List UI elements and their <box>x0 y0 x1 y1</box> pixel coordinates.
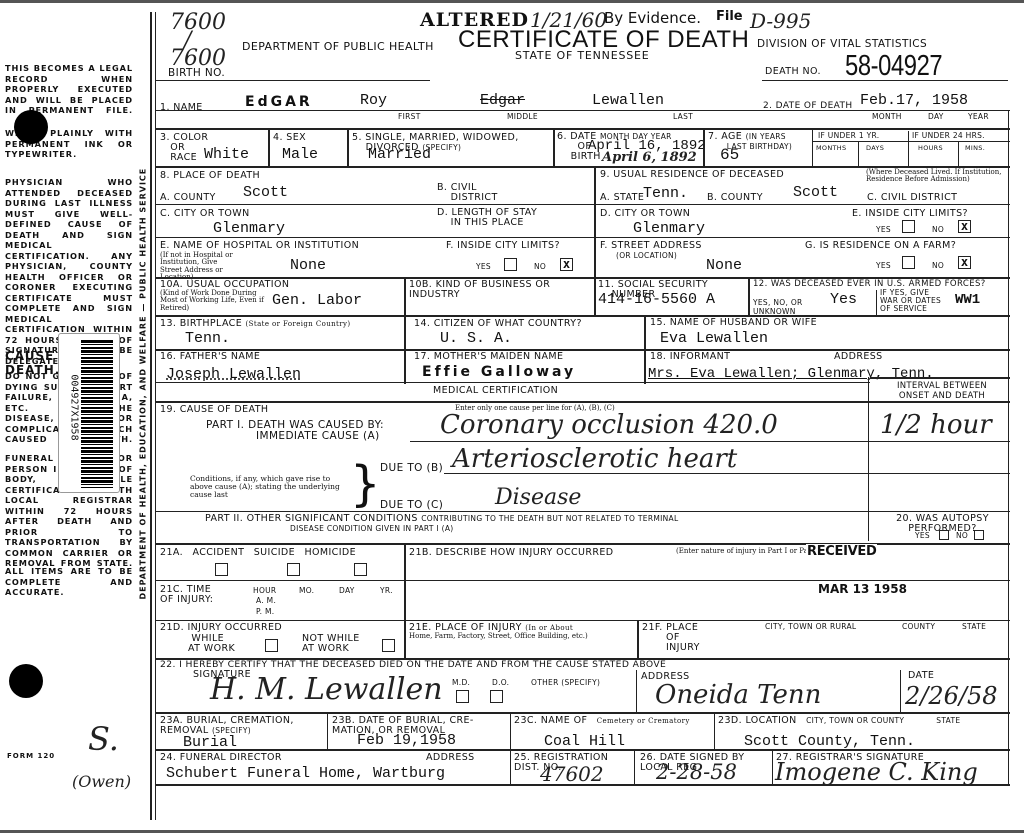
funeral-director-value: Schubert Funeral Home, Wartburg <box>166 765 445 782</box>
pm-caption: P. M. <box>256 608 274 616</box>
year-caption: YEAR <box>968 113 989 121</box>
item3-label: 3. COLOR OR RACE <box>160 133 208 163</box>
residence-inside-no-checkbox[interactable] <box>958 220 971 233</box>
col-divider <box>703 128 705 166</box>
item21a-label: 21A. ACCIDENT SUICIDE HOMICIDE <box>160 548 356 558</box>
col-divider <box>908 131 909 166</box>
marital-status: Married <box>368 146 431 163</box>
col-divider <box>637 620 639 658</box>
last-name: Lewallen <box>592 92 664 109</box>
day-caption: DAY <box>928 113 944 121</box>
item9f-label: F. STREET ADDRESS <box>600 241 702 251</box>
item9d-label: D. CITY OR TOWN <box>600 209 690 219</box>
row-divider <box>812 141 1010 142</box>
residence-street: None <box>706 257 742 274</box>
col-divider <box>404 349 406 384</box>
item23c-label: 23C. NAME OF Cemetery or Crematory <box>514 716 690 726</box>
item12-yn-label: YES, NO, ORUNKNOWN <box>753 298 803 316</box>
conditions-note: Conditions, if any, which gave rise to a… <box>190 475 340 499</box>
am-caption: A. M. <box>256 597 276 605</box>
col-divider <box>644 349 646 384</box>
row-divider <box>155 749 1010 751</box>
item21f-label: 21F. PLACE OF INJURY <box>642 623 700 653</box>
item21d-label: 21D. INJURY OCCURRED <box>160 623 282 633</box>
age-value: 65 <box>720 146 739 164</box>
item8c-label: C. CITY OR TOWN <box>160 209 250 219</box>
suicide-checkbox[interactable] <box>287 563 300 576</box>
death-no-line <box>762 80 1008 81</box>
farm-no-checkbox[interactable] <box>958 256 971 269</box>
place-inside-yes-checkbox[interactable] <box>504 258 517 271</box>
autopsy-no-checkbox[interactable] <box>974 530 984 540</box>
col-divider <box>812 128 813 166</box>
item1-label: 1. NAME <box>160 103 203 113</box>
yes-caption: YES <box>876 262 891 270</box>
row-divider <box>155 204 1010 205</box>
item9f-note: (OR LOCATION) <box>616 252 677 260</box>
col-divider <box>404 277 406 315</box>
item8d-label: D. LENGTH OF STAY IN THIS PLACE <box>437 208 537 228</box>
interval-value: 1/2 hour <box>880 410 992 440</box>
armed-forces-value: Yes <box>830 291 857 308</box>
col-divider <box>636 670 637 712</box>
item8a-label: A. COUNTY <box>160 193 216 203</box>
item8b-label: B. CIVIL DISTRICT <box>437 183 498 203</box>
do-caption: D.O. <box>492 679 509 687</box>
no-caption: NO <box>956 532 968 540</box>
while-at-work-label: WHILEAT WORK <box>188 634 235 654</box>
row-divider <box>155 511 1010 512</box>
sex-value: Male <box>282 146 318 163</box>
barcode-text: 004927X1958 <box>69 348 80 468</box>
col-divider <box>958 141 959 166</box>
col-divider <box>594 166 596 277</box>
item9b-label: B. COUNTY <box>707 193 763 203</box>
item9c-label: C. CIVIL DISTRICT <box>867 193 957 203</box>
residence-state: Tenn. <box>643 185 688 202</box>
medical-certification-heading: MEDICAL CERTIFICATION <box>433 386 558 396</box>
immediate-cause-value: Coronary occlusion 420.0 <box>440 410 778 440</box>
division-label: DIVISION OF VITAL STATISTICS <box>757 39 927 50</box>
barcode-icon <box>81 340 113 488</box>
punch-hole <box>14 110 48 144</box>
place-city: Glenmary <box>213 220 285 237</box>
days-caption: DAYS <box>866 145 884 152</box>
no-caption: NO <box>932 262 944 270</box>
mo-caption: MO. <box>299 587 314 595</box>
col-divider <box>268 128 270 166</box>
residence-inside-yes-checkbox[interactable] <box>902 220 915 233</box>
mother-maiden-name: Effie Galloway <box>422 364 576 380</box>
race-value: White <box>204 146 249 163</box>
registrar-signature: Imogene C. King <box>775 758 978 786</box>
col-divider <box>634 749 635 784</box>
legal-record-note: THIS BECOMES A LEGAL RECORD WHEN PROPERL… <box>5 63 133 116</box>
physician-address: Oneida Tenn <box>655 680 821 710</box>
item9e-label: E. INSIDE CITY LIMITS? <box>852 209 968 219</box>
item24-label: 24. FUNERAL DIRECTOR <box>160 753 282 763</box>
row-divider <box>870 377 1010 379</box>
barcode-label: 004927X1958 <box>58 333 120 493</box>
cemetery-location: Scott County, Tenn. <box>744 733 915 750</box>
county-caption: COUNTY <box>902 623 935 631</box>
social-security-number: 414-16-5560 A <box>598 291 715 308</box>
md-checkbox[interactable] <box>456 690 469 703</box>
row-divider <box>155 712 1010 714</box>
item9-label: 9. USUAL RESIDENCE OF DECEASED <box>600 170 784 180</box>
col-divider <box>327 712 328 749</box>
hours-caption: HOURS <box>918 145 943 152</box>
row-divider <box>155 580 404 581</box>
due-to-c-label: DUE TO (C) <box>380 500 443 511</box>
col-divider <box>772 749 773 784</box>
col-divider <box>347 128 349 166</box>
item10b-label: 10B. KIND OF BUSINESS ORINDUSTRY <box>409 280 550 300</box>
date-of-birth-correction: April 6, 1892 <box>602 150 697 165</box>
item23d-label: 23D. LOCATION CITY, TOWN OR COUNTYSTATE <box>718 716 960 726</box>
other-specify-caption: OTHER (SPECIFY) <box>531 679 600 687</box>
not-while-at-work-checkbox[interactable] <box>382 639 395 652</box>
row-divider <box>155 315 1010 317</box>
item21c-label: 21C. TIMEOF INJURY: <box>160 585 213 605</box>
file-number: D-995 <box>750 9 811 33</box>
col-divider <box>714 712 715 749</box>
birth-no-label: BIRTH NO. <box>168 68 225 79</box>
item18-address-label: ADDRESS <box>834 352 883 362</box>
row-divider <box>155 382 870 383</box>
death-number: 58-04927 <box>845 50 942 83</box>
informant-value: Mrs. Eva Lewallen; Glenmary, Tenn. <box>648 366 934 382</box>
farm-yes-checkbox[interactable] <box>902 256 915 269</box>
item12-label: 12. WAS DECEASED EVER IN U.S. ARMED FORC… <box>753 280 986 289</box>
middle-name-struck: Edgar <box>480 92 525 109</box>
date-of-death: Feb.17, 1958 <box>860 92 968 109</box>
complete-note: ALL ITEMS ARE TO BE COMPLETE AND ACCURAT… <box>5 566 133 598</box>
punch-hole <box>9 664 43 698</box>
col-divider <box>594 277 596 315</box>
bracket: } <box>350 464 381 504</box>
page-top-edge <box>0 0 1024 3</box>
birthplace-value: Tenn. <box>185 330 230 347</box>
row-divider <box>404 580 1010 581</box>
row-divider <box>155 401 1010 403</box>
no-caption: NO <box>932 226 944 234</box>
vertical-department-label: DEPARTMENT OF HEALTH, EDUCATION, AND WEL… <box>139 130 148 600</box>
md-caption: M.D. <box>452 679 470 687</box>
yr-caption: YR. <box>380 587 393 595</box>
day-caption: DAY <box>339 587 355 595</box>
birth-no-line <box>155 80 430 81</box>
hour-caption: HOUR <box>253 587 276 595</box>
yes-caption: YES <box>876 226 891 234</box>
item18-label: 18. INFORMANT <box>650 352 730 362</box>
item14-label: 14. CITIZEN OF WHAT COUNTRY? <box>414 319 582 329</box>
war-service-value: WW1 <box>955 292 980 308</box>
item9g-label: G. IS RESIDENCE ON A FARM? <box>805 241 956 251</box>
place-county: Scott <box>243 184 288 201</box>
local-reg-date: 2-28-58 <box>656 760 737 784</box>
item21e-note: Home, Farm, Factory, Street, Office Buil… <box>409 633 588 640</box>
received-stamp: RECEIVED <box>806 544 877 559</box>
yes-caption: YES <box>476 263 491 271</box>
col-divider <box>404 315 406 349</box>
immediate-cause-label: IMMEDIATE CAUSE (A) <box>256 431 380 442</box>
row-divider <box>155 543 1010 545</box>
row-divider <box>155 237 1010 238</box>
form-number: FORM 120 <box>7 752 55 760</box>
form-left-border-inner <box>155 12 156 820</box>
first-name: EdGAR <box>245 94 313 110</box>
margin-initial: S. <box>88 720 119 758</box>
form-bottom-border <box>155 784 1010 786</box>
homicide-checkbox[interactable] <box>354 563 367 576</box>
col-divider <box>748 277 750 315</box>
mins-caption: MINS. <box>965 145 985 152</box>
city-town-rural-caption: CITY, TOWN OR RURAL <box>765 623 856 631</box>
department-label: DEPARTMENT OF PUBLIC HEALTH <box>242 41 434 53</box>
first-caption: FIRST <box>398 113 421 121</box>
col-divider <box>858 141 859 166</box>
do-checkbox[interactable] <box>490 690 503 703</box>
state-label: STATE OF TENNESSEE <box>515 50 650 62</box>
month-caption: MONTH <box>872 113 902 121</box>
col-divider <box>510 712 511 784</box>
received-date-stamp: MAR 13 1958 <box>818 582 907 596</box>
item10a-note: (Kind of Work Done During Most of Workin… <box>160 290 270 312</box>
file-label: File <box>716 9 743 24</box>
item24-address-label: ADDRESS <box>426 753 475 763</box>
autopsy-yes-checkbox[interactable] <box>939 530 949 540</box>
row-divider <box>155 110 1010 111</box>
yes-caption: YES <box>915 532 930 540</box>
item21b-label: 21B. DESCRIBE HOW INJURY OCCURRED <box>409 548 614 558</box>
accident-checkbox[interactable] <box>215 563 228 576</box>
item23a-label: 23A. BURIAL, CREMATION,REMOVAL (SPECIFY) <box>160 716 294 736</box>
row-divider <box>155 620 1010 621</box>
occupation-value: Gen. Labor <box>272 292 362 309</box>
registration-district: 47602 <box>540 762 604 786</box>
item8e-label: E. NAME OF HOSPITAL OR INSTITUTION <box>160 241 359 251</box>
no-caption: NO <box>534 263 546 271</box>
col-divider <box>876 290 877 315</box>
hospital-value: None <box>290 257 326 274</box>
form-left-border <box>150 12 152 820</box>
place-inside-no-checkbox[interactable] <box>560 258 573 271</box>
item4-label: 4. SEX <box>273 133 306 143</box>
not-while-at-work-label: NOT WHILEAT WORK <box>302 634 360 654</box>
under-1-year-label: IF UNDER 1 YR. <box>818 132 879 140</box>
birth-no-handwritten: 7600 /7600 <box>170 14 226 68</box>
cause-a-line <box>410 441 1010 442</box>
burial-date: Feb 19,1958 <box>357 732 456 749</box>
item12-war-label: IF YES, GIVEWAR OR DATESOF SERVICE <box>880 289 941 313</box>
residence-county: Scott <box>793 184 838 201</box>
last-caption: LAST <box>673 113 693 121</box>
part2-label: PART II. OTHER SIGNIFICANT CONDITIONS CO… <box>205 514 825 534</box>
col-divider <box>900 670 901 712</box>
item19-label: 19. CAUSE OF DEATH <box>160 405 268 415</box>
form-right-border <box>1008 110 1009 784</box>
state-caption: STATE <box>962 623 986 631</box>
col-divider <box>404 543 406 660</box>
due-to-c-value: Disease <box>495 485 581 510</box>
item17-label: 17. MOTHER'S MAIDEN NAME <box>414 352 563 362</box>
date-label: DATE <box>908 671 934 681</box>
item9a-label: A. STATE <box>600 193 644 203</box>
physician-signature: H. M. Lewallen <box>210 672 443 707</box>
item15-label: 15. NAME OF HUSBAND OR WIFE <box>650 318 817 328</box>
cause-b-line <box>444 473 1010 474</box>
while-at-work-checkbox[interactable] <box>265 639 278 652</box>
page-bottom-edge <box>0 830 1024 833</box>
middle-caption: MIDDLE <box>507 113 538 121</box>
months-caption: MONTHS <box>816 145 846 152</box>
item8f-label: F. INSIDE CITY LIMITS? <box>446 241 560 251</box>
margin-initial-note: (Owen) <box>72 772 131 791</box>
interval-label: INTERVAL BETWEENONSET AND DEATH <box>878 381 1006 401</box>
item8-label: 8. PLACE OF DEATH <box>160 171 260 181</box>
col-divider <box>553 128 555 166</box>
citizenship-value: U. S. A. <box>440 330 512 347</box>
residence-city: Glenmary <box>633 220 705 237</box>
middle-name-typed: Roy <box>360 92 387 109</box>
due-to-b-label: DUE TO (B) <box>380 463 443 474</box>
father-name: Joseph Lewallen <box>166 366 301 383</box>
death-no-label: DEATH NO. <box>765 67 821 77</box>
certify-date: 2/26/58 <box>905 682 998 710</box>
col-divider <box>644 315 646 349</box>
under-24-hours-label: IF UNDER 24 HRS. <box>912 132 985 140</box>
cemetery-value: Coal Hill <box>544 733 625 750</box>
item13-label: 13. BIRTHPLACE (State or Foreign Country… <box>160 319 350 329</box>
row-divider <box>155 128 1010 130</box>
item16-label: 16. FATHER'S NAME <box>160 352 260 362</box>
due-to-b-value: Arteriosclerotic heart <box>452 444 737 474</box>
item9-note: (Where Deceased Lived. If Institution, R… <box>866 169 1006 184</box>
spouse-value: Eva Lewallen <box>660 330 768 347</box>
altered-evidence: By Evidence. <box>604 9 701 27</box>
